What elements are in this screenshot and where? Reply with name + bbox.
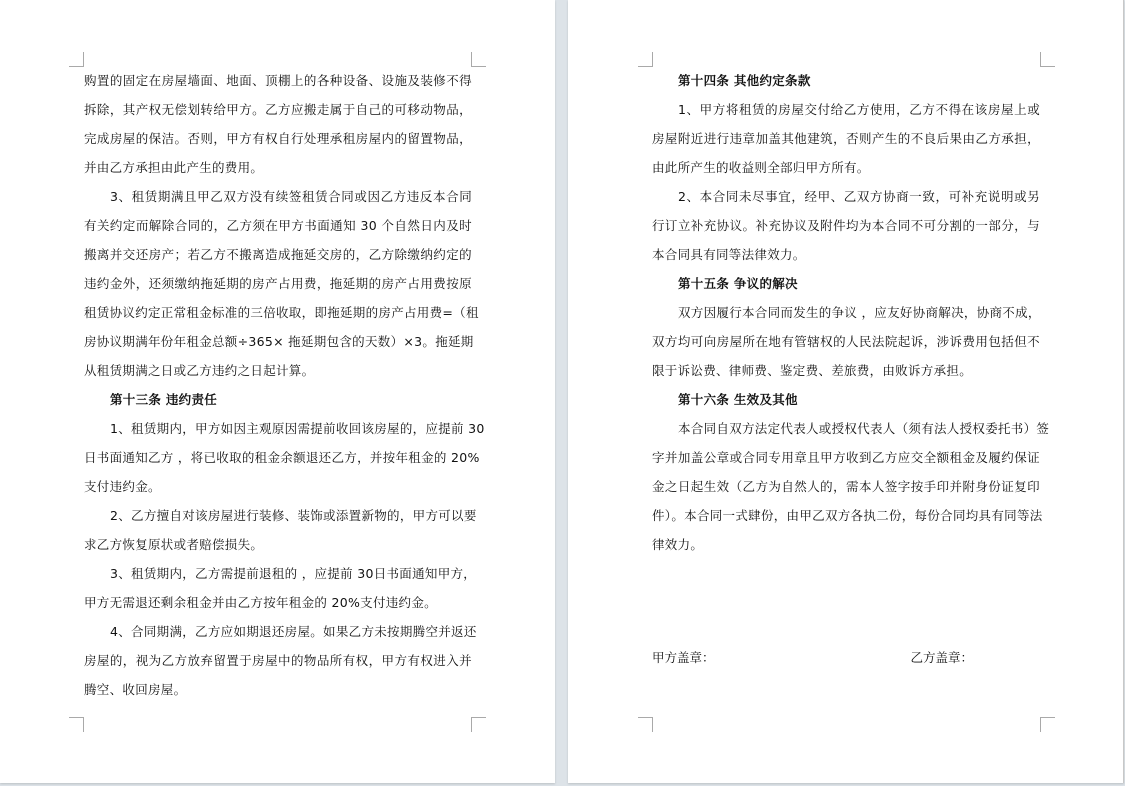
text-line: 1、甲方将租赁的房屋交付给乙方使用，乙方不得在该房屋上或 <box>652 95 1040 124</box>
text-line: 双方均可向房屋所在地有管辖权的人民法院起诉，涉诉费用包括但不 <box>652 327 1040 356</box>
text-line: 腾空、收回房屋。 <box>84 675 472 704</box>
margin-corner-mark <box>1040 52 1055 67</box>
text-line: 从租赁期满之日或乙方违约之日起计算。 <box>84 356 472 385</box>
section-heading: 第十三条 违约责任 <box>84 385 472 414</box>
text-line: 本合同自双方法定代表人或授权代表人（须有法人授权委托书）签 <box>652 414 1040 443</box>
text-line: 本合同具有同等法律效力。 <box>652 240 1040 269</box>
party-b-seal-label: 乙方盖章： <box>910 648 973 666</box>
party-a-seal-label: 甲方盖章： <box>652 648 715 666</box>
text-line: 违约金外，还须缴纳拖延期的房产占用费，拖延期的房产占用费按原 <box>84 269 472 298</box>
section-heading: 第十六条 生效及其他 <box>652 385 1040 414</box>
text-line: 甲方无需退还剩余租金并由乙方按年租金的 20%支付违约金。 <box>84 588 472 617</box>
text-line: 限于诉讼费、律师费、鉴定费、差旅费，由败诉方承担。 <box>652 356 1040 385</box>
page-body-text[interactable]: 购置的固定在房屋墙面、地面、顶棚上的各种设备、设施及装修不得拆除，其产权无偿划转… <box>84 66 472 704</box>
text-line: 律效力。 <box>652 530 1040 559</box>
margin-corner-mark <box>1040 717 1055 732</box>
text-line: 日书面通知乙方 ，将已收取的租金余额退还乙方，并按年租金的 20% <box>84 443 472 472</box>
section-heading: 第十四条 其他约定条款 <box>652 66 1040 95</box>
signature-row: 甲方盖章： 乙方盖章： <box>652 648 972 666</box>
text-line: 件）。本合同一式肆份，由甲乙双方各执二份，每份合同均具有同等法 <box>652 501 1040 530</box>
margin-corner-mark <box>69 52 84 67</box>
text-line: 完成房屋的保洁。否则，甲方有权自行处理承租房屋内的留置物品， <box>84 124 472 153</box>
text-line: 并由乙方承担由此产生的费用。 <box>84 153 472 182</box>
margin-corner-mark <box>638 717 653 732</box>
text-line: 房屋的，视为乙方放弃留置于房屋中的物品所有权，甲方有权进入并 <box>84 646 472 675</box>
page-body-text[interactable]: 第十四条 其他约定条款1、甲方将租赁的房屋交付给乙方使用，乙方不得在该房屋上或房… <box>652 66 1040 559</box>
margin-corner-mark <box>471 717 486 732</box>
document-page-left: 购置的固定在房屋墙面、地面、顶棚上的各种设备、设施及装修不得拆除，其产权无偿划转… <box>0 0 555 783</box>
text-line: 4、合同期满，乙方应如期退还房屋。如果乙方未按期腾空并返还 <box>84 617 472 646</box>
section-heading: 第十五条 争议的解决 <box>652 269 1040 298</box>
text-line: 3、租赁期内，乙方需提前退租的 ，应提前 30日书面通知甲方， <box>84 559 472 588</box>
text-line: 租赁协议约定正常租金标准的三倍收取，即拖延期的房产占用费=（租 <box>84 298 472 327</box>
text-line: 双方因履行本合同而发生的争议 ，应友好协商解决，协商不成， <box>652 298 1040 327</box>
text-line: 拆除，其产权无偿划转给甲方。乙方应搬走属于自己的可移动物品， <box>84 95 472 124</box>
text-line: 由此所产生的收益则全部归甲方所有。 <box>652 153 1040 182</box>
text-line: 行订立补充协议。补充协议及附件均为本合同不可分割的一部分，与 <box>652 211 1040 240</box>
margin-corner-mark <box>471 52 486 67</box>
text-line: 房协议期满年份年租金总额÷365× 拖延期包含的天数）×3。拖延期 <box>84 327 472 356</box>
text-line: 有关约定而解除合同的，乙方须在甲方书面通知 30 个自然日内及时 <box>84 211 472 240</box>
text-line: 房屋附近进行违章加盖其他建筑，否则产生的不良后果由乙方承担， <box>652 124 1040 153</box>
text-line: 搬离并交还房产；若乙方不搬离造成拖延交房的，乙方除缴纳约定的 <box>84 240 472 269</box>
document-page-right: 第十四条 其他约定条款1、甲方将租赁的房屋交付给乙方使用，乙方不得在该房屋上或房… <box>568 0 1124 783</box>
text-line: 金之日起生效（乙方为自然人的，需本人签字按手印并附身份证复印 <box>652 472 1040 501</box>
margin-corner-mark <box>69 717 84 732</box>
text-line: 购置的固定在房屋墙面、地面、顶棚上的各种设备、设施及装修不得 <box>84 66 472 95</box>
text-line: 1、租赁期内，甲方如因主观原因需提前收回该房屋的，应提前 30 <box>84 414 472 443</box>
text-line: 求乙方恢复原状或者赔偿损失。 <box>84 530 472 559</box>
text-line: 2、乙方擅自对该房屋进行装修、装饰或添置新物的，甲方可以要 <box>84 501 472 530</box>
text-line: 3、租赁期满且甲乙双方没有续签租赁合同或因乙方违反本合同 <box>84 182 472 211</box>
text-line: 2、本合同未尽事宜，经甲、乙双方协商一致，可补充说明或另 <box>652 182 1040 211</box>
text-line: 支付违约金。 <box>84 472 472 501</box>
text-line: 字并加盖公章或合同专用章且甲方收到乙方应交全额租金及履约保证 <box>652 443 1040 472</box>
margin-corner-mark <box>638 52 653 67</box>
